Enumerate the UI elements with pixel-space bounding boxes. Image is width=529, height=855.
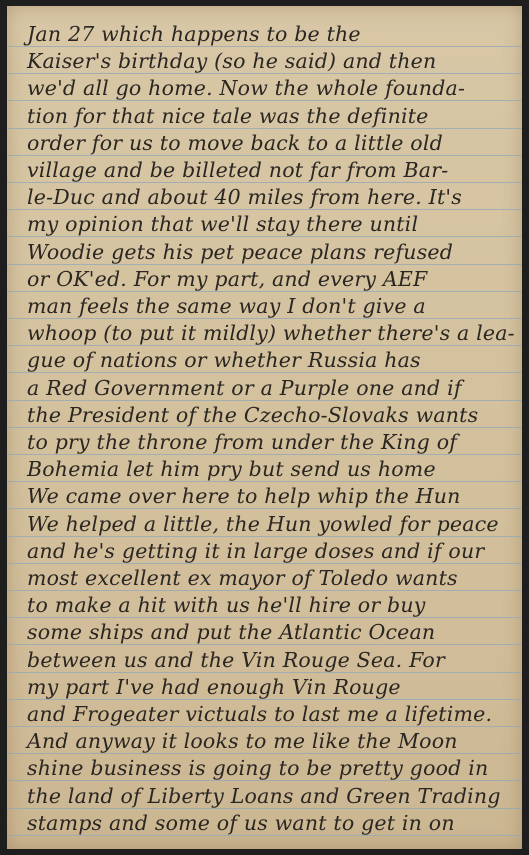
handwritten-line: Bohemia let him pry but send us home [27, 455, 512, 483]
handwritten-line: between us and the Vin Rouge Sea. For [27, 646, 512, 674]
handwritten-line: We helped a little, the Hun yowled for p… [27, 510, 512, 538]
handwritten-line: order for us to move back to a little ol… [27, 129, 512, 157]
handwritten-line: tion for that nice tale was the definite [27, 102, 512, 130]
handwritten-line: Woodie gets his pet peace plans refused [27, 238, 512, 266]
handwritten-line: my opinion that we'll stay there until [27, 210, 512, 238]
handwritten-line: we'd all go home. Now the whole founda- [27, 74, 512, 102]
handwritten-line: to make a hit with us he'll hire or buy [27, 591, 512, 619]
handwritten-line: We came over here to help whip the Hun [27, 482, 512, 510]
handwritten-line: and he's getting it in large doses and i… [27, 537, 512, 565]
handwritten-line: And anyway it looks to me like the Moon [27, 727, 512, 755]
handwritten-line: to pry the throne from under the King of [27, 428, 512, 456]
handwritten-line: Jan 27 which happens to be the [27, 20, 512, 48]
handwritten-line: my part I've had enough Vin Rouge [27, 673, 512, 701]
handwritten-line: gue of nations or whether Russia has [27, 346, 512, 374]
handwritten-line: Kaiser's birthday (so he said) and then [27, 47, 512, 75]
handwritten-line: stamps and some of us want to get in on [27, 809, 512, 837]
handwritten-line: whoop (to put it mildly) whether there's… [27, 319, 512, 347]
handwritten-line: village and be billeted not far from Bar… [27, 156, 512, 184]
handwritten-line: shine business is going to be pretty goo… [27, 754, 512, 782]
handwritten-line: most excellent ex mayor of Toledo wants [27, 564, 512, 592]
handwritten-line: man feels the same way I don't give a [27, 292, 512, 320]
handwritten-line: or OK'ed. For my part, and every AEF [27, 265, 512, 293]
handwritten-line: le-Duc and about 40 miles from here. It'… [27, 183, 512, 211]
handwritten-line: some ships and put the Atlantic Ocean [27, 618, 512, 646]
handwritten-line: the land of Liberty Loans and Green Trad… [27, 782, 512, 810]
handwritten-line: a Red Government or a Purple one and if [27, 374, 512, 402]
handwritten-line: the President of the Czecho-Slovaks want… [27, 401, 512, 429]
letter-page: Jan 27 which happens to be theKaiser's b… [7, 6, 522, 849]
handwritten-line: and Frogeater victuals to last me a life… [27, 700, 512, 728]
